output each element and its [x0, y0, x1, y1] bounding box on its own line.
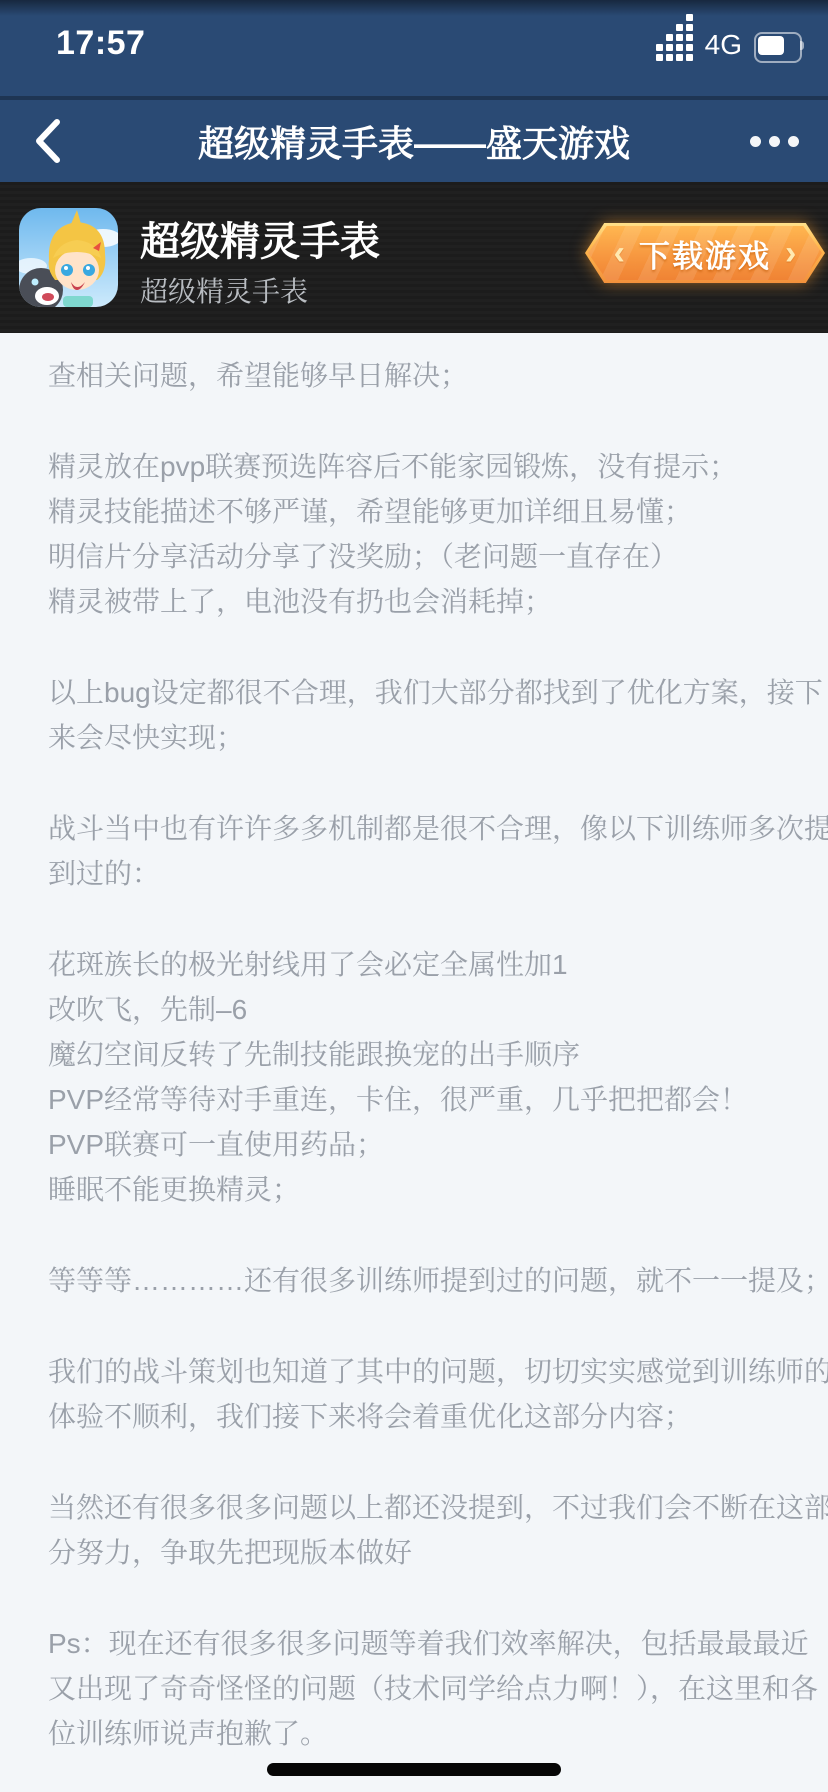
home-indicator[interactable] — [267, 1763, 561, 1776]
status-right-cluster: 4G — [656, 28, 806, 62]
download-button-label: 下载游戏 — [639, 231, 771, 276]
text-line: PVP联赛可一直使用药品； — [48, 1122, 828, 1167]
nav-bar: 超级精灵手表——盛天游戏 — [0, 100, 828, 182]
left-angle-mark-icon: ‹ — [614, 236, 625, 270]
paragraph: 以上bug设定都很不合理，我们大部分都找到了优化方案，接下来会尽快实现； — [48, 670, 828, 760]
app-screen: 17:57 4G 超级精灵手表——盛天游戏 — [0, 0, 828, 1792]
text-line: 来会尽快实现； — [48, 715, 828, 760]
text-line: 我们的战斗策划也知道了其中的问题，切切实实感觉到训练师的 — [48, 1349, 828, 1394]
status-time: 17:57 — [56, 24, 145, 63]
text-line: 查相关问题，希望能够早日解决； — [48, 353, 828, 398]
ellipsis-icon — [750, 136, 761, 147]
text-line: 花斑族长的极光射线用了会必定全属性加1 — [48, 942, 828, 987]
text-line: 战斗当中也有许许多多机制都是很不合理，像以下训练师多次提 — [48, 806, 828, 851]
status-bar-top-shade — [0, 0, 828, 16]
text-line: 以上bug设定都很不合理，我们大部分都找到了优化方案，接下 — [48, 670, 828, 715]
cellular-signal-icon — [656, 29, 693, 61]
text-line: Ps：现在还有很多很多问题等着我们效率解决，包括最最最近 — [48, 1621, 828, 1666]
game-subtitle: 超级精灵手表 — [140, 270, 308, 310]
text-line: 精灵被带上了，电池没有扔也会消耗掉； — [48, 579, 828, 624]
back-button[interactable] — [18, 100, 78, 182]
text-line: 位训练师说声抱歉了。 — [48, 1711, 828, 1756]
network-type-label: 4G — [705, 29, 742, 61]
text-line: 体验不顺利，我们接下来将会着重优化这部分内容； — [48, 1394, 828, 1439]
text-line: 当然还有很多很多问题以上都还没提到，不过我们会不断在这部 — [48, 1485, 828, 1530]
back-chevron-icon — [35, 119, 61, 163]
game-banner: 超级精灵手表 超级精灵手表 ‹ 下载游戏 › — [0, 182, 828, 333]
text-line: 精灵放在pvp联赛预选阵容后不能家园锻炼，没有提示； — [48, 444, 828, 489]
game-title: 超级精灵手表 — [140, 210, 380, 267]
text-line: 睡眠不能更换精灵； — [48, 1167, 828, 1212]
game-app-icon[interactable] — [19, 208, 118, 307]
paragraph: 花斑族长的极光射线用了会必定全属性加1改吹飞，先制–6魔幻空间反转了先制技能跟换… — [48, 942, 828, 1212]
text-line: 魔幻空间反转了先制技能跟换宠的出手顺序 — [48, 1032, 828, 1077]
text-line: 改吹飞，先制–6 — [48, 987, 828, 1032]
text-line: 精灵技能描述不够严谨，希望能够更加详细且易懂； — [48, 489, 828, 534]
paragraph: 当然还有很多很多问题以上都还没提到，不过我们会不断在这部分努力，争取先把现版本做… — [48, 1485, 828, 1575]
paragraph: Ps：现在还有很多很多问题等着我们效率解决，包括最最最近又出现了奇奇怪怪的问题（… — [48, 1621, 828, 1756]
text-line: 到过的： — [48, 851, 828, 896]
article-body: 查相关问题，希望能够早日解决；精灵放在pvp联赛预选阵容后不能家园锻炼，没有提示… — [0, 333, 828, 1792]
more-button[interactable] — [736, 100, 812, 182]
paragraph: 我们的战斗策划也知道了其中的问题，切切实实感觉到训练师的体验不顺利，我们接下来将… — [48, 1349, 828, 1439]
paragraph: 战斗当中也有许许多多机制都是很不合理，像以下训练师多次提到过的： — [48, 806, 828, 896]
paragraph: 等等等…………还有很多训练师提到过的问题，就不一一提及； — [48, 1258, 828, 1303]
page-title: 超级精灵手表——盛天游戏 — [100, 100, 728, 182]
ellipsis-icon — [769, 136, 780, 147]
ellipsis-icon — [788, 136, 799, 147]
download-game-button[interactable]: ‹ 下载游戏 › — [585, 223, 825, 283]
paragraph: 精灵放在pvp联赛预选阵容后不能家园锻炼，没有提示；精灵技能描述不够严谨，希望能… — [48, 444, 828, 624]
text-line: 明信片分享活动分享了没奖励；（老问题一直存在） — [48, 534, 828, 579]
game-icon-art — [19, 208, 118, 307]
text-line: 分努力，争取先把现版本做好 — [48, 1530, 828, 1575]
paragraph: 查相关问题，希望能够早日解决； — [48, 353, 828, 398]
battery-icon — [754, 32, 806, 59]
status-bar: 17:57 4G — [0, 0, 828, 100]
right-angle-mark-icon: › — [785, 236, 796, 270]
text-line: 又出现了奇奇怪怪的问题（技术同学给点力啊！），在这里和各 — [48, 1666, 828, 1711]
text-line: PVP经常等待对手重连，卡住，很严重，几乎把把都会！ — [48, 1077, 828, 1122]
download-button-face: ‹ 下载游戏 › — [588, 226, 822, 280]
text-line: 等等等…………还有很多训练师提到过的问题，就不一一提及； — [48, 1258, 828, 1303]
